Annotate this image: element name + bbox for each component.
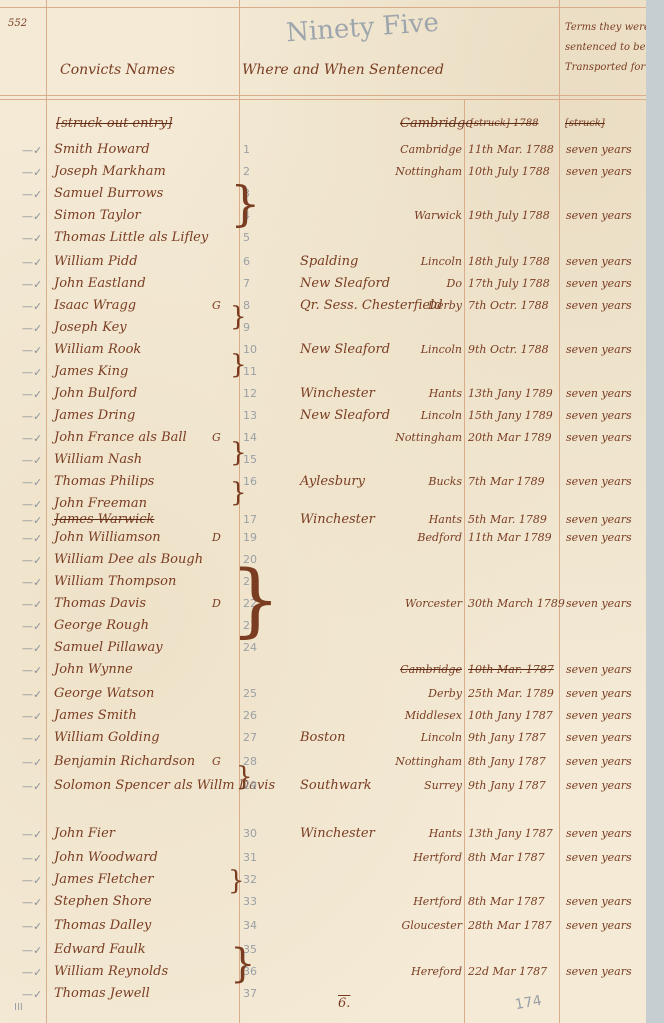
margin-rule bbox=[46, 0, 47, 1023]
row-number: 12 bbox=[243, 386, 257, 402]
header-convicts-names: Convicts Names bbox=[60, 62, 175, 78]
pencil-check-icon: —✓ bbox=[22, 852, 42, 865]
transport-term: seven years bbox=[566, 208, 632, 224]
convict-name: James Smith bbox=[54, 708, 137, 724]
struck-place: Cambridge bbox=[400, 116, 473, 132]
sentence-county: Nottingham bbox=[392, 430, 462, 446]
brace: } bbox=[230, 180, 261, 228]
transport-term: seven years bbox=[566, 164, 632, 180]
transport-term: seven years bbox=[566, 474, 632, 490]
convict-name: Thomas Philips bbox=[54, 474, 154, 490]
pencil-check-icon: —✓ bbox=[22, 598, 42, 611]
pencil-check-icon: —✓ bbox=[22, 966, 42, 979]
header-where-when: Where and When Sentenced bbox=[242, 62, 444, 78]
convict-name: John Freeman bbox=[54, 496, 147, 512]
footer-mark: 6. bbox=[338, 996, 350, 1012]
sentence-county: Middlesex bbox=[392, 708, 462, 724]
convict-name: William Nash bbox=[54, 452, 142, 468]
pencil-check-icon: —✓ bbox=[22, 532, 42, 545]
pencil-title: Ninety Five bbox=[286, 15, 440, 42]
sentence-town: Southwark bbox=[300, 778, 372, 794]
convict-name: James Warwick bbox=[54, 512, 154, 528]
sentence-date: 10th July 1788 bbox=[468, 164, 550, 180]
transport-term: seven years bbox=[566, 386, 632, 402]
column-rule-date bbox=[464, 100, 465, 1023]
brace: } bbox=[230, 560, 281, 640]
sentence-date: 28th Mar 1787 bbox=[468, 918, 552, 934]
sentence-county: Hants bbox=[392, 512, 462, 528]
struck-date: [struck] 1788 bbox=[470, 118, 538, 130]
convict-name: Isaac Wragg bbox=[54, 298, 136, 314]
convict-name: John Bulford bbox=[54, 386, 137, 402]
row-number: 7 bbox=[243, 276, 250, 292]
sentence-county: Surrey bbox=[392, 778, 462, 794]
pencil-check-icon: —✓ bbox=[22, 780, 42, 793]
convict-name: John France als Ball bbox=[54, 430, 187, 446]
ledger-page: 552 Ninety Five Convicts Names Where and… bbox=[0, 0, 646, 1023]
sentence-town: New Sleaford bbox=[300, 342, 390, 358]
sentence-county: Cambridge bbox=[392, 662, 462, 678]
pencil-check-icon: —✓ bbox=[22, 756, 42, 769]
transport-term: seven years bbox=[566, 850, 632, 866]
convict-name: William Reynolds bbox=[54, 964, 168, 980]
sentence-county: Lincoln bbox=[392, 730, 462, 746]
sentence-town: Winchester bbox=[300, 826, 375, 842]
pencil-check-icon: —✓ bbox=[22, 620, 42, 633]
brace: } bbox=[230, 304, 247, 330]
sentence-town: Winchester bbox=[300, 512, 375, 528]
page-edge-background bbox=[646, 0, 664, 1023]
pencil-check-icon: —✓ bbox=[22, 896, 42, 909]
pencil-check-icon: —✓ bbox=[22, 874, 42, 887]
row-number: 19 bbox=[243, 530, 257, 546]
convict-name: John Wynne bbox=[54, 662, 133, 678]
sentence-county: Hertford bbox=[392, 894, 462, 910]
pencil-check-icon: —✓ bbox=[22, 144, 42, 157]
convict-name: Benjamin Richardson bbox=[54, 754, 195, 770]
top-rule bbox=[0, 7, 646, 8]
pencil-check-icon: —✓ bbox=[22, 828, 42, 841]
row-number: 5 bbox=[243, 230, 250, 246]
row-number: 37 bbox=[243, 986, 257, 1002]
convict-name: Thomas Little als Lifley bbox=[54, 230, 208, 246]
sentence-county: Bedford bbox=[392, 530, 462, 546]
margin-pencil-mark: III bbox=[14, 1002, 23, 1014]
convict-name: Joseph Markham bbox=[54, 164, 166, 180]
sentence-date: 22d Mar 1787 bbox=[468, 964, 547, 980]
pencil-check-icon: —✓ bbox=[22, 410, 42, 423]
row-number: 17 bbox=[243, 512, 257, 528]
sentence-county: Lincoln bbox=[392, 408, 462, 424]
header-rule-2 bbox=[0, 99, 646, 100]
footer-pencil-number: 174 bbox=[514, 993, 543, 1013]
convict-name: William Dee als Bough bbox=[54, 552, 203, 568]
convict-name: Thomas Davis bbox=[54, 596, 146, 612]
pencil-check-icon: —✓ bbox=[22, 498, 42, 511]
sentence-town: Boston bbox=[300, 730, 345, 746]
convict-mark: G bbox=[212, 430, 221, 446]
sentence-county: Hertford bbox=[392, 850, 462, 866]
row-number: 30 bbox=[243, 826, 257, 842]
convict-name: John Woodward bbox=[54, 850, 158, 866]
convict-name: Thomas Dalley bbox=[54, 918, 151, 934]
brace: } bbox=[228, 868, 245, 894]
transport-term: seven years bbox=[566, 298, 632, 314]
sentence-date: 13th Jany 1789 bbox=[468, 386, 553, 402]
brace: } bbox=[230, 480, 247, 506]
transport-term: seven years bbox=[566, 964, 632, 980]
sentence-date: 17th July 1788 bbox=[468, 276, 550, 292]
convict-name: Samuel Burrows bbox=[54, 186, 163, 202]
pencil-check-icon: —✓ bbox=[22, 944, 42, 957]
sentence-date: 11th Mar. 1788 bbox=[468, 142, 554, 158]
struck-term: [struck] bbox=[565, 118, 605, 130]
sentence-county: Hereford bbox=[392, 964, 462, 980]
column-rule-terms bbox=[559, 0, 560, 1023]
sentence-county: Cambridge bbox=[392, 142, 462, 158]
sentence-date: 7th Octr. 1788 bbox=[468, 298, 549, 314]
sentence-county: Worcester bbox=[392, 596, 462, 612]
convict-name: Edward Faulk bbox=[54, 942, 146, 958]
sentence-town: Winchester bbox=[300, 386, 375, 402]
pencil-check-icon: —✓ bbox=[22, 732, 42, 745]
sentence-date: 8th Mar 1787 bbox=[468, 850, 545, 866]
convict-name: William Thompson bbox=[54, 574, 176, 590]
convict-mark: D bbox=[212, 530, 221, 546]
sentence-date: 7th Mar 1789 bbox=[468, 474, 545, 490]
sentence-date: 10th Jany 1787 bbox=[468, 708, 553, 724]
pencil-check-icon: —✓ bbox=[22, 576, 42, 589]
pencil-check-icon: —✓ bbox=[22, 388, 42, 401]
pencil-check-icon: —✓ bbox=[22, 166, 42, 179]
transport-term: seven years bbox=[566, 530, 632, 546]
convict-name: Samuel Pillaway bbox=[54, 640, 163, 656]
struck-name: [struck-out entry] bbox=[56, 116, 172, 132]
transport-term: seven years bbox=[566, 826, 632, 842]
transport-term: seven years bbox=[566, 512, 632, 528]
transport-term: seven years bbox=[566, 142, 632, 158]
pencil-check-icon: —✓ bbox=[22, 278, 42, 291]
transport-term: seven years bbox=[566, 408, 632, 424]
sentence-date: 15th Jany 1789 bbox=[468, 408, 553, 424]
pencil-check-icon: —✓ bbox=[22, 366, 42, 379]
pencil-check-icon: —✓ bbox=[22, 322, 42, 335]
convict-name: Thomas Jewell bbox=[54, 986, 150, 1002]
sentence-date: 9th Jany 1787 bbox=[468, 778, 546, 794]
sentence-county: Lincoln bbox=[392, 254, 462, 270]
sentence-date: 18th July 1788 bbox=[468, 254, 550, 270]
sentence-date: 13th Jany 1787 bbox=[468, 826, 553, 842]
transport-term: seven years bbox=[566, 276, 632, 292]
pencil-check-icon: —✓ bbox=[22, 188, 42, 201]
pencil-check-icon: —✓ bbox=[22, 476, 42, 489]
brace: } bbox=[230, 440, 247, 466]
row-number: 26 bbox=[243, 708, 257, 724]
row-number: 25 bbox=[243, 686, 257, 702]
pencil-check-icon: —✓ bbox=[22, 514, 42, 527]
transport-term: seven years bbox=[566, 730, 632, 746]
convict-name: John Fier bbox=[54, 826, 115, 842]
folio-number: 552 bbox=[8, 18, 27, 30]
transport-term: seven years bbox=[566, 662, 632, 678]
transport-term: seven years bbox=[566, 430, 632, 446]
convict-name: Joseph Key bbox=[54, 320, 127, 336]
row-number: 32 bbox=[243, 872, 257, 888]
sentence-county: Warwick bbox=[392, 208, 462, 224]
convict-name: George Watson bbox=[54, 686, 154, 702]
transport-term: seven years bbox=[566, 342, 632, 358]
convict-name: James Fletcher bbox=[54, 872, 153, 888]
transport-term: seven years bbox=[566, 918, 632, 934]
row-number: 6 bbox=[243, 254, 250, 270]
pencil-check-icon: —✓ bbox=[22, 454, 42, 467]
sentence-county: Derby bbox=[392, 298, 462, 314]
sentence-town: Spalding bbox=[300, 254, 358, 270]
convict-mark: G bbox=[212, 298, 221, 314]
sentence-county: Derby bbox=[392, 686, 462, 702]
row-number: 13 bbox=[243, 408, 257, 424]
header-terms-1: Terms they were bbox=[565, 22, 650, 34]
row-number: 1 bbox=[243, 142, 250, 158]
transport-term: seven years bbox=[566, 778, 632, 794]
sentence-town: Aylesbury bbox=[300, 474, 365, 490]
transport-term: seven years bbox=[566, 754, 632, 770]
pencil-check-icon: —✓ bbox=[22, 300, 42, 313]
sentence-date: 25th Mar. 1789 bbox=[468, 686, 554, 702]
row-number: 34 bbox=[243, 918, 257, 934]
convict-name: Stephen Shore bbox=[54, 894, 152, 910]
pencil-check-icon: —✓ bbox=[22, 642, 42, 655]
transport-term: seven years bbox=[566, 254, 632, 270]
sentence-county: Hants bbox=[392, 826, 462, 842]
pencil-check-icon: —✓ bbox=[22, 256, 42, 269]
brace: } bbox=[236, 764, 253, 790]
row-number: 27 bbox=[243, 730, 257, 746]
pencil-check-icon: —✓ bbox=[22, 710, 42, 723]
pencil-check-icon: —✓ bbox=[22, 988, 42, 1001]
convict-name: Smith Howard bbox=[54, 142, 150, 158]
sentence-date: 11th Mar 1789 bbox=[468, 530, 552, 546]
sentence-county: Hants bbox=[392, 386, 462, 402]
convict-name: James King bbox=[54, 364, 128, 380]
sentence-county: Nottingham bbox=[392, 754, 462, 770]
brace: } bbox=[230, 352, 247, 378]
brace: } bbox=[230, 944, 255, 984]
convict-name: Simon Taylor bbox=[54, 208, 141, 224]
pencil-check-icon: —✓ bbox=[22, 688, 42, 701]
pencil-check-icon: —✓ bbox=[22, 344, 42, 357]
transport-term: seven years bbox=[566, 894, 632, 910]
convict-name: James Dring bbox=[54, 408, 135, 424]
sentence-county: Do bbox=[392, 276, 462, 292]
row-number: 31 bbox=[243, 850, 257, 866]
pencil-check-icon: —✓ bbox=[22, 432, 42, 445]
header-terms-3: Transported for bbox=[565, 62, 645, 74]
sentence-date: 8th Mar 1787 bbox=[468, 894, 545, 910]
convict-mark: G bbox=[212, 754, 221, 770]
transport-term: seven years bbox=[566, 708, 632, 724]
convict-name: William Golding bbox=[54, 730, 160, 746]
sentence-county: Nottingham bbox=[392, 164, 462, 180]
sentence-date: 5th Mar. 1789 bbox=[468, 512, 547, 528]
pencil-check-icon: —✓ bbox=[22, 664, 42, 677]
convict-mark: D bbox=[212, 596, 221, 612]
sentence-date: 10th Mar. 1787 bbox=[468, 662, 554, 678]
convict-name: William Rook bbox=[54, 342, 141, 358]
sentence-date: 20th Mar 1789 bbox=[468, 430, 552, 446]
header-rule-1 bbox=[0, 95, 646, 96]
sentence-date: 9th Jany 1787 bbox=[468, 730, 546, 746]
pencil-check-icon: —✓ bbox=[22, 920, 42, 933]
sentence-town: New Sleaford bbox=[300, 276, 390, 292]
sentence-county: Gloucester bbox=[392, 918, 462, 934]
convict-name: George Rough bbox=[54, 618, 149, 634]
row-number: 33 bbox=[243, 894, 257, 910]
convict-name: John Eastland bbox=[54, 276, 146, 292]
pencil-check-icon: —✓ bbox=[22, 232, 42, 245]
sentence-date: 9th Octr. 1788 bbox=[468, 342, 549, 358]
sentence-town: New Sleaford bbox=[300, 408, 390, 424]
header-terms-2: sentenced to be bbox=[565, 42, 646, 54]
transport-term: seven years bbox=[566, 596, 632, 612]
sentence-county: Lincoln bbox=[392, 342, 462, 358]
sentence-county: Bucks bbox=[392, 474, 462, 490]
pencil-check-icon: —✓ bbox=[22, 554, 42, 567]
transport-term: seven years bbox=[566, 686, 632, 702]
sentence-date: 8th Jany 1787 bbox=[468, 754, 546, 770]
convict-name: John Williamson bbox=[54, 530, 161, 546]
pencil-check-icon: —✓ bbox=[22, 210, 42, 223]
sentence-date: 19th July 1788 bbox=[468, 208, 550, 224]
sentence-date: 30th March 1789 bbox=[468, 596, 565, 612]
convict-name: William Pidd bbox=[54, 254, 138, 270]
